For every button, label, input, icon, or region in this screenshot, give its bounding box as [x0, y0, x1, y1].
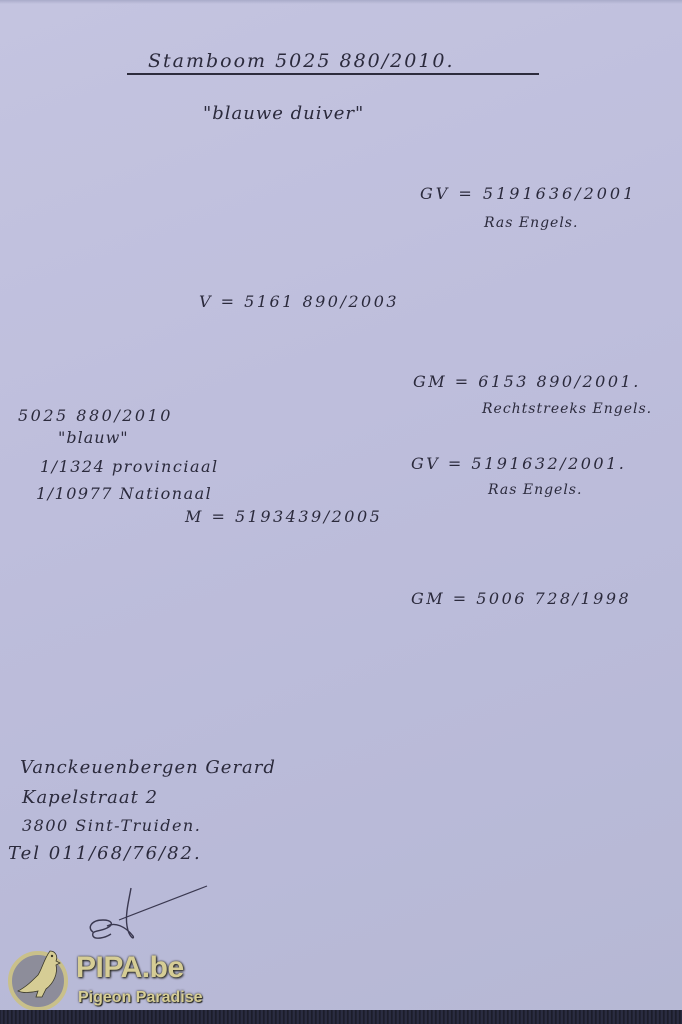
owner-city: 3800 Sint-Truiden.	[22, 816, 201, 835]
binder-edge	[0, 1010, 682, 1024]
grandmother-paternal: GM = 6153 890/2001.	[413, 372, 641, 391]
signature	[85, 880, 215, 945]
pedigree-subtitle: "blauwe duiver"	[203, 103, 364, 124]
title-underline	[127, 73, 539, 75]
pedigree-title: Stamboom 5025 880/2010.	[148, 50, 455, 72]
grandfather-paternal-note: Ras Engels.	[484, 215, 578, 231]
grandfather-maternal: GV = 5191632/2001.	[411, 454, 626, 473]
watermark-brand: PIPA.be	[76, 951, 184, 985]
grandmother-maternal: GM = 5006 728/1998	[411, 589, 631, 608]
pigeon-color: "blauw"	[58, 428, 129, 447]
grandfather-paternal: GV = 5191636/2001	[420, 184, 636, 203]
mother-entry: M = 5193439/2005	[185, 507, 382, 526]
paper-top-shadow	[0, 0, 682, 4]
result-national: 1/10977 Nationaal	[36, 484, 212, 503]
pigeon-icon	[14, 947, 66, 1003]
watermark-tagline: Pigeon Paradise	[78, 989, 203, 1007]
father-entry: V = 5161 890/2003	[199, 292, 399, 311]
owner-name: Vanckeuenbergen Gerard	[20, 757, 276, 778]
owner-street: Kapelstraat 2	[22, 787, 158, 808]
result-provincial: 1/1324 provinciaal	[40, 457, 219, 476]
owner-phone: Tel 011/68/76/82.	[8, 843, 202, 864]
grandfather-maternal-note: Ras Engels.	[488, 482, 582, 498]
pigeon-ring-number: 5025 880/2010	[18, 406, 173, 425]
grandmother-paternal-note: Rechtstreeks Engels.	[482, 401, 652, 417]
pipa-watermark: PIPA.be Pigeon Paradise	[6, 945, 206, 1017]
